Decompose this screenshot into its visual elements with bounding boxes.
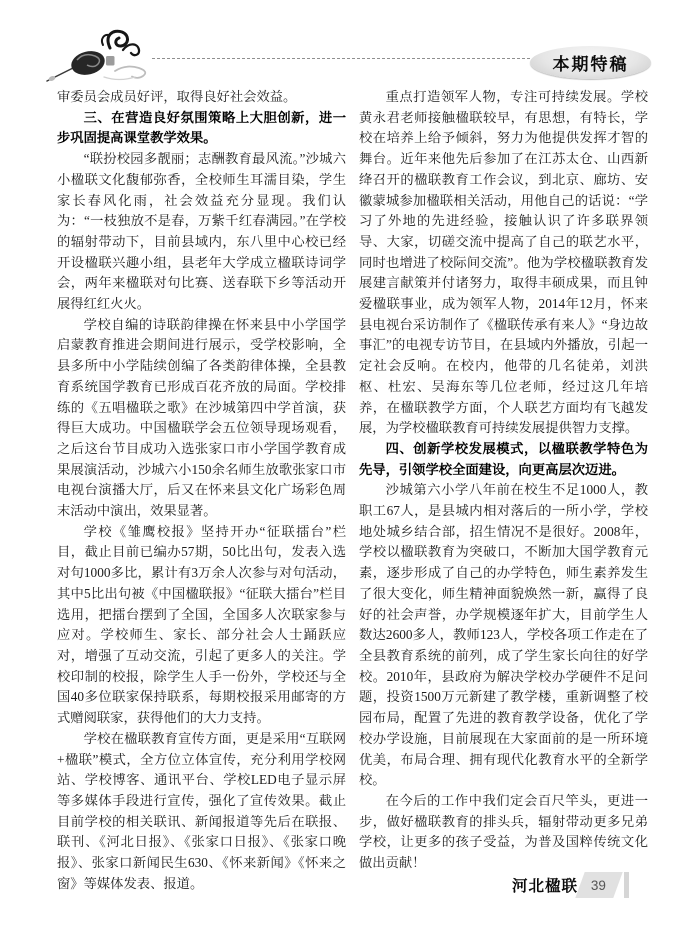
paragraph: 学校《雏鹰校报》坚持开办“征联擂台”栏目，截止目前已编办57期，50比出句，发表… bbox=[57, 522, 346, 729]
inkstone-brush-icon bbox=[44, 28, 152, 90]
column-right: 重点打造领军人物，专注可持续发展。学校黄永君老师接触楹联较早，有思想，有特长，学… bbox=[359, 87, 648, 894]
section-heading-3: 三、在营造良好氛围策略上大胆创新，进一步巩固提高课堂教学效果。 bbox=[57, 108, 346, 149]
article-body: 审委员会成员好评，取得良好社会效益。 三、在营造良好氛围策略上大胆创新，进一步巩… bbox=[57, 87, 648, 894]
paragraph: 在今后的工作中我们定会百尺竿头，更进一步，做好楹联教育的排头兵，辐射带动更多兄弟… bbox=[359, 791, 648, 874]
paragraph-continued: 审委员会成员好评，取得良好社会效益。 bbox=[57, 87, 346, 108]
journal-name: 河北楹联 bbox=[512, 874, 578, 896]
column-left: 审委员会成员好评，取得良好社会效益。 三、在营造良好氛围策略上大胆创新，进一步巩… bbox=[57, 87, 346, 894]
paragraph: 学校在楹联教育宣传方面，更是采用“互联网+楹联”模式，全方位立体宣传，充分利用学… bbox=[57, 729, 346, 895]
page-number: 39 bbox=[591, 878, 606, 893]
header-dashed-divider bbox=[152, 58, 530, 59]
paragraph: 沙城第六小学八年前在校生不足1000人，教职工67人，是县城内相对落后的一所小学… bbox=[359, 480, 648, 791]
magazine-page: 本期特稿 审委员会成员好评，取得良好社会效益。 三、在营造良好氛围策略上大胆创新… bbox=[0, 0, 690, 936]
section-heading-4: 四、创新学校发展模式，以楹联教学特色为先导，引领学校全面建设，向更高层次迈进。 bbox=[359, 439, 648, 480]
feature-badge-label: 本期特稿 bbox=[553, 50, 629, 75]
footer-accent-bar bbox=[624, 872, 629, 898]
paragraph: 学校自编的诗联韵律操在怀来县中小学国学启蒙教育推进会期间进行展示，受学校影响，全… bbox=[57, 315, 346, 522]
paragraph: “联扮校园多靓丽；志酬教育最风流。”沙城六小楹联文化馥郁弥香，全校师生耳濡目染，… bbox=[57, 149, 346, 315]
paragraph: 重点打造领军人物，专注可持续发展。学校黄永君老师接触楹联较早，有思想，有特长，学… bbox=[359, 87, 648, 439]
feature-badge: 本期特稿 bbox=[530, 46, 651, 79]
